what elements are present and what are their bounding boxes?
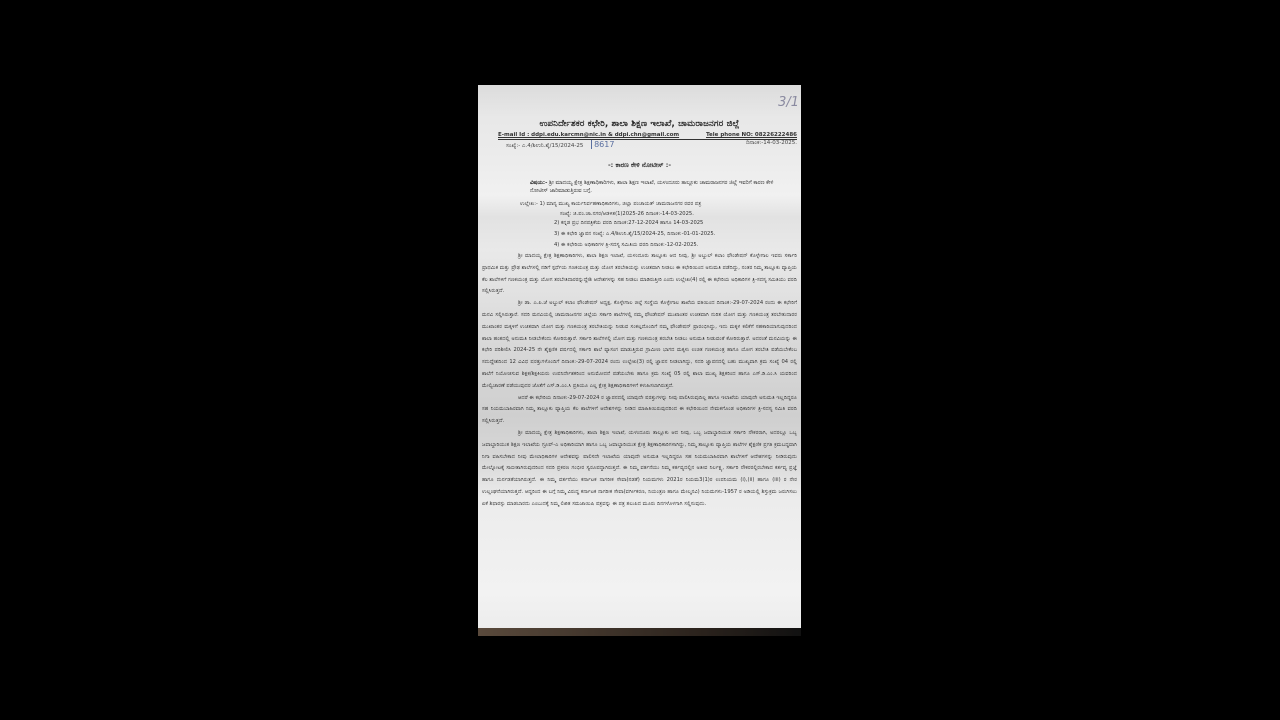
reference-item: 4) ಈ ಕಛೇರಿಯ ಅಧಿಕಾರಿಗಳ ತ್ರಿ-ಸದಸ್ಯ ಸಮಿತಿಯ … (520, 240, 795, 251)
reference-number: ಸಂಖ್ಯೆ:- ಎ.4/ಶಿಉನಿ.ಶೈ/15/2024-25 (506, 143, 583, 149)
handwritten-page-mark: 3/1 (778, 95, 799, 110)
reference-item: ಉಲ್ಲೇಖ:- 1) ಮಾನ್ಯ ಮುಖ್ಯ ಕಾರ್ಯನಿರ್ವಹಣಾಧಿಕ… (520, 199, 795, 210)
email-text: E-mail Id : ddpi.edu.karcmn@nic.in & ddp… (498, 132, 679, 138)
body-paragraph: ಆದರೆ ಈ ಕಛೇರಿಯ ದಿನಾಂಕ:-29-07-2024 ರ ಜ್ಞಾಪ… (482, 393, 797, 428)
inward-stamp: 8617 (591, 140, 614, 149)
body-paragraph: ಶ್ರೀ ಮಾದಯ್ಯ ಕ್ಷೇತ್ರ ಶಿಕ್ಷಣಾಧಿಕಾರಿಗಳು, ಶಾ… (482, 251, 797, 298)
notice-page: 3/1 ಉಪನಿರ್ದೇಶಕರ ಕಛೇರಿ, ಶಾಲಾ ಶಿಕ್ಷಣ ಇಲಾಖೆ… (482, 91, 797, 626)
phone-text: Tele phone NO: 08226222486 (706, 132, 797, 138)
reference-number-group: ಸಂಖ್ಯೆ:- ಎ.4/ಶಿಉನಿ.ಶೈ/15/2024-25 8617 (506, 140, 614, 150)
reference-item: ಸಂಖ್ಯೆ: ಜಿ.ಪಂ.ಚಾ.ನಗರ/ಆಡಳಿತ(1)2025-26 ದಿನ… (520, 210, 795, 218)
references-block: ಉಲ್ಲೇಖ:- 1) ಮಾನ್ಯ ಮುಖ್ಯ ಕಾರ್ಯನಿರ್ವಹಣಾಧಿಕ… (520, 199, 795, 251)
references-label: ಉಲ್ಲೇಖ:- (520, 201, 538, 207)
office-title: ಉಪನಿರ್ದೇಶಕರ ಕಛೇರಿ, ಶಾಲಾ ಶಿಕ್ಷಣ ಇಲಾಖೆ, ಚಾ… (482, 119, 797, 129)
table-surface (478, 628, 801, 636)
reference-item: 2) ಕನ್ನಡ ಪ್ರಭ ದಿನಪತ್ರಿಕೆಯ ವರದಿ ದಿನಾಂಕ:27… (520, 218, 795, 229)
document-date: ದಿನಾಂಕ:-14-03-2025. (746, 140, 797, 150)
subject-text: ಶ್ರೀ ಮಾದಯ್ಯ ಕ್ಷೇತ್ರ ಶಿಕ್ಷಣಾಧಿಕಾರಿಗಳು, ಶಾ… (530, 180, 773, 194)
body-paragraph: ಶ್ರೀ ಮಾದಯ್ಯ ಕ್ಷೇತ್ರ ಶಿಕ್ಷಣಾಧಿಕಾರಿಗಳು, ಶಾ… (482, 428, 797, 511)
contact-line: E-mail Id : ddpi.edu.karcmn@nic.in & ddp… (498, 132, 797, 140)
subject-label: ವಿಷಯ:- (530, 180, 547, 186)
reference-line: ಸಂಖ್ಯೆ:- ಎ.4/ಶಿಉನಿ.ಶೈ/15/2024-25 8617 ದಿ… (506, 140, 797, 150)
body-paragraph: ಶ್ರೀ ಡಾ. ಎ.ಪಿ.ಜೆ ಅಬ್ದುಲ್ ಕಲಾಂ ಫೌಂಡೇಷನ್ ಅ… (482, 298, 797, 392)
document-photo: 3/1 ಉಪನಿರ್ದೇಶಕರ ಕಛೇರಿ, ಶಾಲಾ ಶಿಕ್ಷಣ ಇಲಾಖೆ… (478, 85, 801, 636)
reference-item: 3) ಈ ಕಛೇರಿ ಜ್ಞಾಪನ ಸಂಖ್ಯೆ: ಎ.4/ಶಿಉನಿ.ಶೈ/1… (520, 229, 795, 240)
subject-block: ವಿಷಯ:- ಶ್ರೀ ಮಾದಯ್ಯ ಕ್ಷೇತ್ರ ಶಿಕ್ಷಣಾಧಿಕಾರಿ… (530, 179, 789, 196)
notice-title: -: ಕಾರಣ ಕೇಳಿ ನೋಟೀಸ್ :- (482, 161, 797, 170)
notice-body: ಶ್ರೀ ಮಾದಯ್ಯ ಕ್ಷೇತ್ರ ಶಿಕ್ಷಣಾಧಿಕಾರಿಗಳು, ಶಾ… (482, 251, 797, 511)
